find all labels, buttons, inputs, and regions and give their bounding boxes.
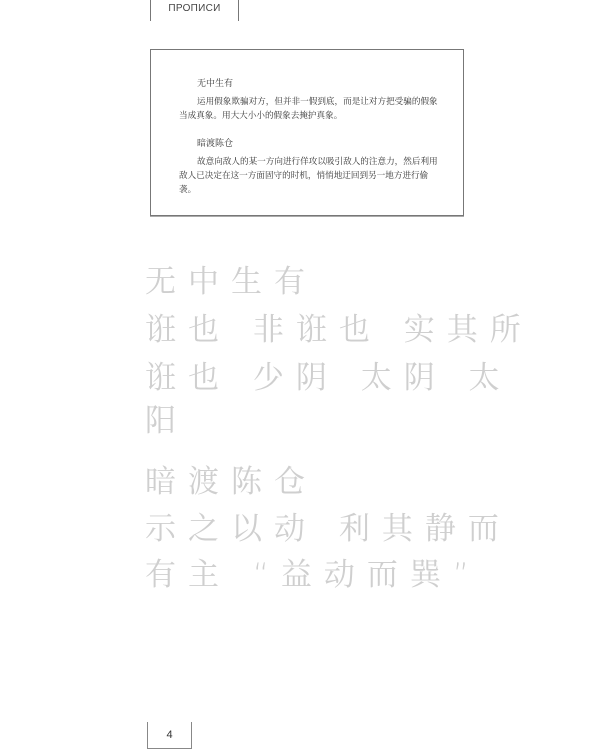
practice-line-4: 阳 (145, 406, 188, 437)
info-box: 无中生有 运用假象欺骗对方，但并非一假到底，而是让对方把受骗的假象当成真象。用大… (150, 49, 464, 216)
section-title-2: 暗渡陈仓 (197, 136, 233, 149)
practice-line-2: 诳也 非诳也 实其所 (145, 315, 533, 346)
practice-line-7: 有主 “益动而巽” (145, 560, 481, 591)
page-number: 4 (148, 729, 191, 741)
section-text-2: 故意向敌人的某一方向进行佯攻以吸引敌人的注意力，然后利用敌人已决定在这一方面固守… (179, 155, 441, 197)
section-text-1: 运用假象欺骗对方，但并非一假到底，而是让对方把受骗的假象当成真象。用大大小小的假… (179, 95, 441, 123)
page-number-box: 4 (147, 722, 192, 749)
practice-line-1: 无中生有 (145, 267, 317, 298)
practice-line-3: 诳也 少阴 太阴 太 (145, 363, 512, 394)
practice-line-6: 示之以动 利其静而 (145, 514, 511, 545)
practice-line-5: 暗渡陈仓 (145, 467, 317, 498)
section-title-1: 无中生有 (197, 76, 233, 89)
section-header-tab: ПРОПИСИ (150, 0, 239, 21)
section-header-label: ПРОПИСИ (151, 3, 238, 14)
